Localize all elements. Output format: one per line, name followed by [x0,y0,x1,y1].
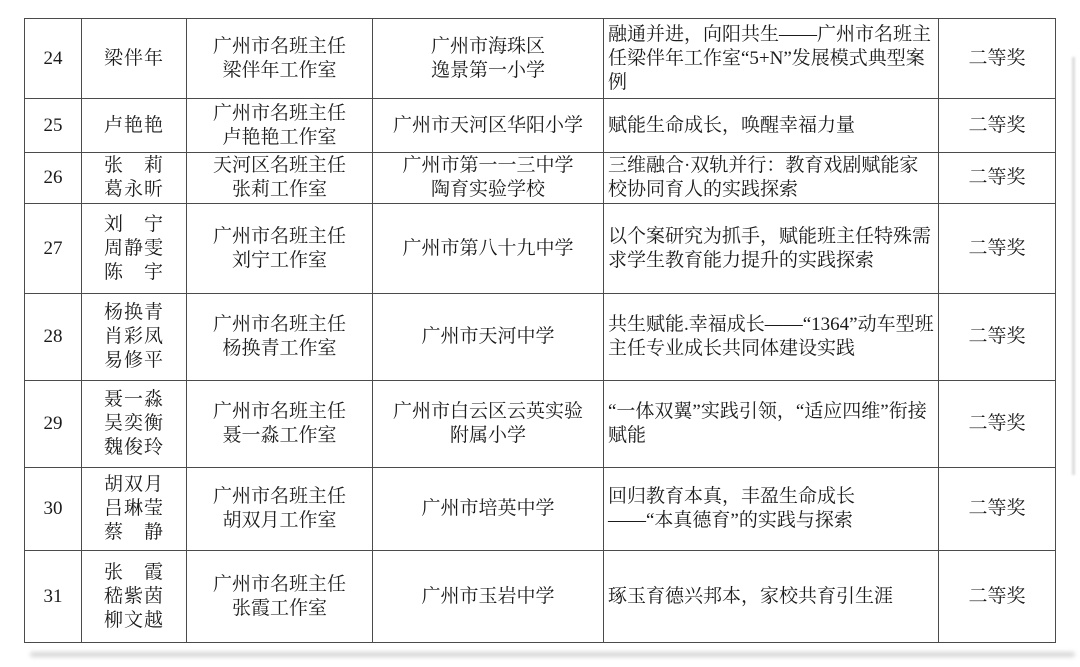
title-cell: 以个案研究为抓手，赋能班主任特殊需求学生教育能力提升的实践探索 [604,204,939,294]
table-row: 30 胡双月 吕琳莹 蔡 静 广州市名班主任 胡双月工作室 广州市培英中学 回归… [25,468,1056,551]
school-cell: 广州市海珠区 逸景第一小学 [373,19,604,99]
school-cell: 广州市玉岩中学 [373,551,604,643]
names-cell: 聂一淼 吴奕衡 魏俊玲 [82,381,187,468]
row-number: 24 [25,19,82,99]
workspace-cell: 广州市名班主任 刘宁工作室 [187,204,373,294]
workspace-cell: 广州市名班主任 胡双月工作室 [187,468,373,551]
row-number: 26 [25,153,82,204]
award-cell: 二等奖 [939,381,1056,468]
workspace-cell: 广州市名班主任 张霞工作室 [187,551,373,643]
table-row: 27 刘 宁 周静雯 陈 宇 广州市名班主任 刘宁工作室 广州市第八十九中学 以… [25,204,1056,294]
row-number: 28 [25,294,82,381]
names-cell: 杨换青 肖彩凤 易修平 [82,294,187,381]
names-cell: 刘 宁 周静雯 陈 宇 [82,204,187,294]
workspace-cell: 广州市名班主任 卢艳艳工作室 [187,99,373,153]
scan-artifact-right-edge [1072,57,1075,475]
names-cell: 胡双月 吕琳莹 蔡 静 [82,468,187,551]
row-number: 29 [25,381,82,468]
award-cell: 二等奖 [939,19,1056,99]
title-cell: 共生赋能.幸福成长——“1364”动车型班主任专业成长共同体建设实践 [604,294,939,381]
names-cell: 张 霞 嵇紫茵 柳文越 [82,551,187,643]
row-number: 27 [25,204,82,294]
award-cell: 二等奖 [939,468,1056,551]
table-row: 28 杨换青 肖彩凤 易修平 广州市名班主任 杨换青工作室 广州市天河中学 共生… [25,294,1056,381]
school-cell: 广州市培英中学 [373,468,604,551]
award-cell: 二等奖 [939,99,1056,153]
award-cell: 二等奖 [939,153,1056,204]
title-cell: 回归教育本真，丰盈生命成长 ——“本真德育”的实践与探索 [604,468,939,551]
school-cell: 广州市第八十九中学 [373,204,604,294]
workspace-cell: 天河区名班主任 张莉工作室 [187,153,373,204]
table-row: 26 张 莉 葛永昕 天河区名班主任 张莉工作室 广州市第一一三中学 陶育实验学… [25,153,1056,204]
school-cell: 广州市天河中学 [373,294,604,381]
table-row: 29 聂一淼 吴奕衡 魏俊玲 广州市名班主任 聂一淼工作室 广州市白云区云英实验… [25,381,1056,468]
award-cell: 二等奖 [939,294,1056,381]
row-number: 30 [25,468,82,551]
title-cell: “一体双翼”实践引领，“适应四维”衔接赋能 [604,381,939,468]
school-cell: 广州市白云区云英实验 附属小学 [373,381,604,468]
workspace-cell: 广州市名班主任 杨换青工作室 [187,294,373,381]
table-row: 31 张 霞 嵇紫茵 柳文越 广州市名班主任 张霞工作室 广州市玉岩中学 琢玉育… [25,551,1056,643]
scan-artifact-bottom-edge [30,652,1075,657]
award-cell: 二等奖 [939,551,1056,643]
school-cell: 广州市第一一三中学 陶育实验学校 [373,153,604,204]
title-cell: 三维融合·双轨并行：教育戏剧赋能家校协同育人的实践探索 [604,153,939,204]
title-cell: 赋能生命成长，唤醒幸福力量 [604,99,939,153]
table-row: 24 梁伴年 广州市名班主任 梁伴年工作室 广州市海珠区 逸景第一小学 融通并进… [25,19,1056,99]
awards-table: 24 梁伴年 广州市名班主任 梁伴年工作室 广州市海珠区 逸景第一小学 融通并进… [24,18,1056,643]
table-row: 25 卢艳艳 广州市名班主任 卢艳艳工作室 广州市天河区华阳小学 赋能生命成长，… [25,99,1056,153]
workspace-cell: 广州市名班主任 聂一淼工作室 [187,381,373,468]
names-cell: 梁伴年 [82,19,187,99]
workspace-cell: 广州市名班主任 梁伴年工作室 [187,19,373,99]
school-cell: 广州市天河区华阳小学 [373,99,604,153]
document-page: 24 梁伴年 广州市名班主任 梁伴年工作室 广州市海珠区 逸景第一小学 融通并进… [0,0,1080,667]
names-cell: 卢艳艳 [82,99,187,153]
row-number: 31 [25,551,82,643]
award-cell: 二等奖 [939,204,1056,294]
title-cell: 融通并进，向阳共生——广州市名班主任梁伴年工作室“5+N”发展模式典型案例 [604,19,939,99]
names-cell: 张 莉 葛永昕 [82,153,187,204]
title-cell: 琢玉育德兴邦本，家校共育引生涯 [604,551,939,643]
row-number: 25 [25,99,82,153]
